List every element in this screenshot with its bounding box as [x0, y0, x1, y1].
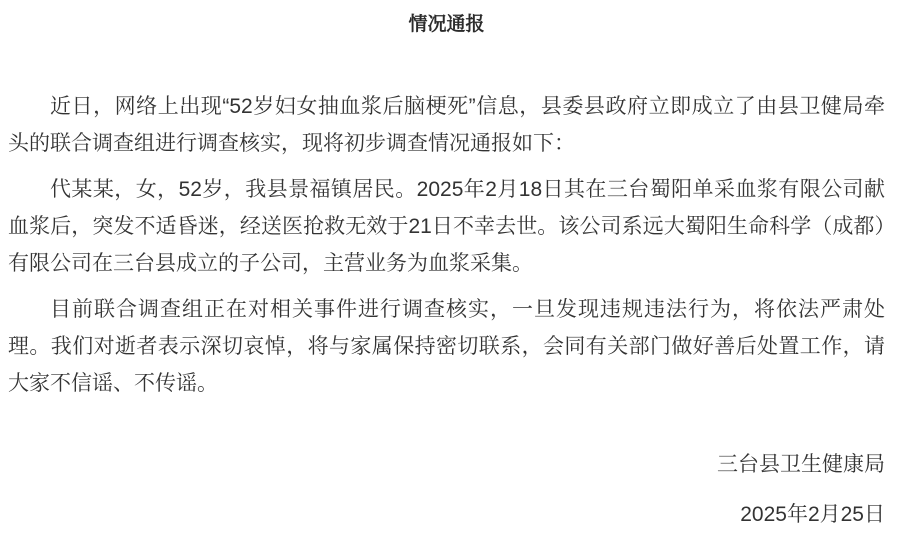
issue-date: 2025年2月25日 [8, 496, 885, 533]
notice-paragraph-intro: 近日，网络上出现“52岁妇女抽血浆后脑梗死”信息，县委县政府立即成立了由县卫健局… [8, 88, 885, 162]
notice-paragraph-case-details: 代某某，女，52岁，我县景福镇居民。2025年2月18日其在三台蜀阳单采血浆有限… [8, 171, 885, 282]
notice-paragraph-investigation: 目前联合调查组正在对相关事件进行调查核实，一旦发现违规违法行为，将依法严肃处理。… [8, 291, 885, 402]
issuer-signature: 三台县卫生健康局 [8, 446, 885, 483]
notice-document: 情况通报 近日，网络上出现“52岁妇女抽血浆后脑梗死”信息，县委县政府立即成立了… [0, 0, 900, 539]
notice-title: 情况通报 [8, 12, 885, 38]
